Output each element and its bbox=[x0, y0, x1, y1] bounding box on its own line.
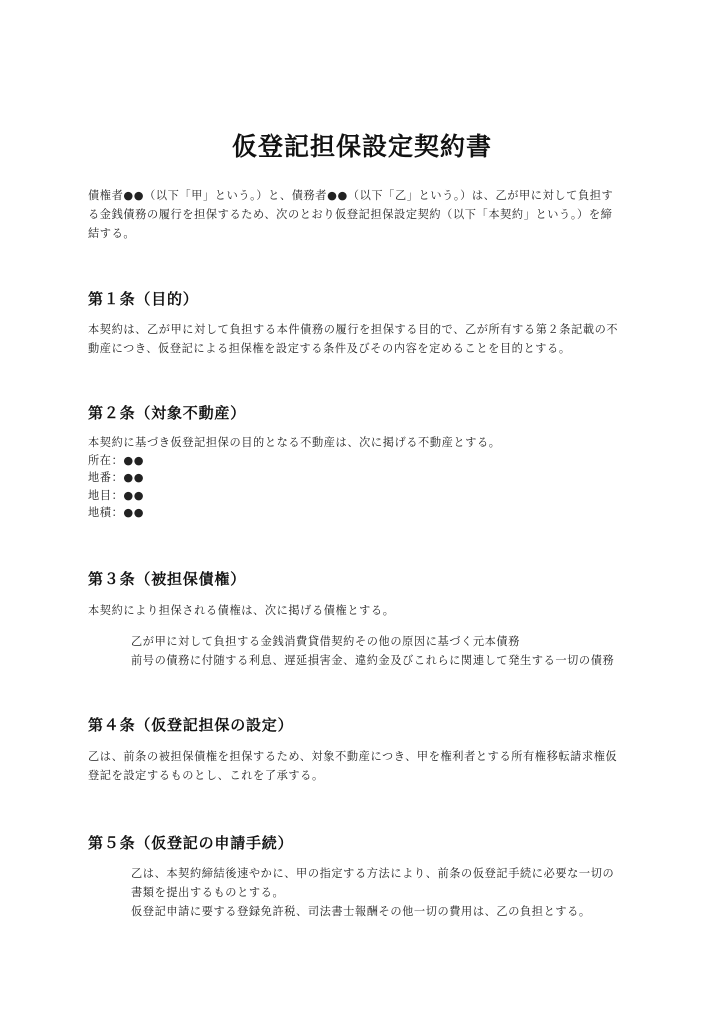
text-line: 本契約に基づき仮登記担保の目的となる不動産は、次に掲げる不動産とする。 bbox=[88, 434, 648, 452]
article-3-paragraph: 本契約により担保される債権は、次に掲げる債権とする。 bbox=[88, 601, 648, 620]
text-line: 本契約により担保される債権は、次に掲げる債権とする。 bbox=[88, 601, 648, 620]
preamble-paragraph: 債権者●●（以下「甲」という。）と、債務者●●（以下「乙」という。）は、乙が甲に… bbox=[88, 186, 648, 243]
list-item: 乙が甲に対して負担する金銭消費貸借契約その他の原因に基づく元本債務 bbox=[131, 632, 651, 651]
article-4-paragraph: 乙は、前条の被担保債権を担保するため、対象不動産につき、甲を権利者とする所有権移… bbox=[88, 747, 648, 785]
property-location: 所在：●● bbox=[88, 452, 648, 470]
article-1-heading: 第１条（目的） bbox=[88, 288, 199, 309]
article-3-item-list: 乙が甲に対して負担する金銭消費貸借契約その他の原因に基づく元本債務 前号の債務に… bbox=[131, 632, 651, 670]
article-2-paragraph: 本契約に基づき仮登記担保の目的となる不動産は、次に掲げる不動産とする。 所在：●… bbox=[88, 434, 648, 522]
text-line: 仮登記申請に要する登録免許税、司法書士報酬その他一切の費用は、乙の負担とする。 bbox=[131, 902, 651, 921]
property-land-category: 地目：●● bbox=[88, 487, 648, 505]
text-line: 書類を提出するものとする。 bbox=[131, 883, 651, 902]
article-4-heading: 第４条（仮登記担保の設定） bbox=[88, 714, 293, 735]
property-lot-number: 地番：●● bbox=[88, 469, 648, 487]
text-line: 本契約は、乙が甲に対して負担する本件債務の履行を担保する目的で、乙が所有する第２… bbox=[88, 320, 648, 339]
text-line: 動産につき、仮登記による担保権を設定する条件及びその内容を定めることを目的とする… bbox=[88, 339, 648, 358]
property-area: 地積：●● bbox=[88, 504, 648, 522]
text-line: 結する。 bbox=[88, 224, 648, 243]
article-5-paragraph: 乙は、本契約締結後速やかに、甲の指定する方法により、前条の仮登記手続に必要な一切… bbox=[131, 864, 651, 921]
article-1-paragraph: 本契約は、乙が甲に対して負担する本件債務の履行を担保する目的で、乙が所有する第２… bbox=[88, 320, 648, 358]
text-line: 登記を設定するものとし、これを了承する。 bbox=[88, 766, 648, 785]
article-2-heading: 第２条（対象不動産） bbox=[88, 402, 246, 423]
list-item: 前号の債務に付随する利息、遅延損害金、違約金及びこれらに関連して発生する一切の債… bbox=[131, 651, 651, 670]
text-line: 乙は、本契約締結後速やかに、甲の指定する方法により、前条の仮登記手続に必要な一切… bbox=[131, 864, 651, 883]
text-line: 債権者●●（以下「甲」という。）と、債務者●●（以下「乙」という。）は、乙が甲に… bbox=[88, 186, 648, 205]
text-line: る金銭債務の履行を担保するため、次のとおり仮登記担保設定契約（以下「本契約」とい… bbox=[88, 205, 648, 224]
document-page: 仮登記担保設定契約書 債権者●●（以下「甲」という。）と、債務者●●（以下「乙」… bbox=[0, 0, 724, 1024]
article-3-heading: 第３条（被担保債権） bbox=[88, 568, 246, 589]
article-5-heading: 第５条（仮登記の申請手続） bbox=[88, 832, 293, 853]
text-line: 乙は、前条の被担保債権を担保するため、対象不動産につき、甲を権利者とする所有権移… bbox=[88, 747, 648, 766]
document-title: 仮登記担保設定契約書 bbox=[0, 127, 724, 163]
